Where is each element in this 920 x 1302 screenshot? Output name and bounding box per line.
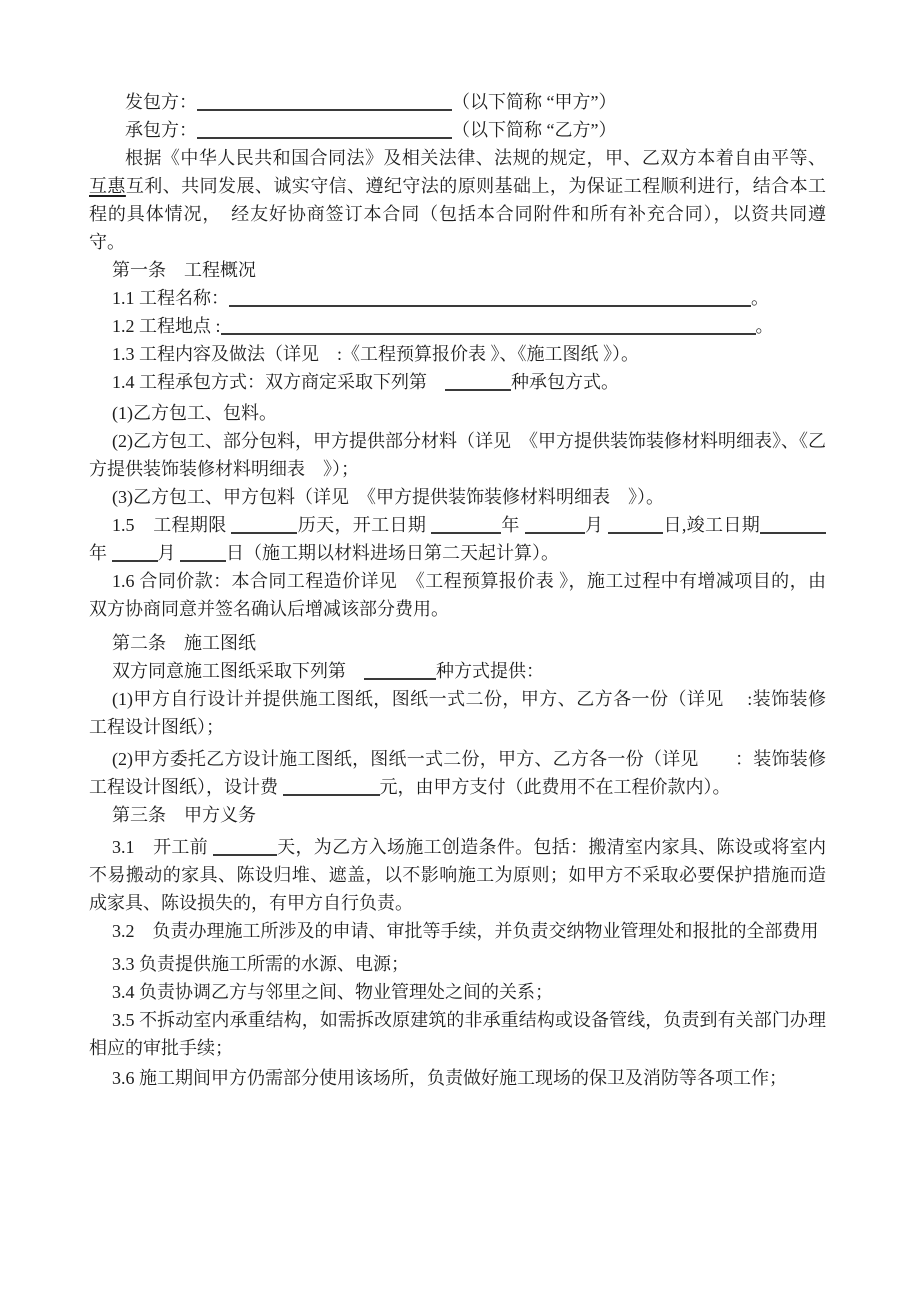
text-run: 3.1 开工前 [112,837,213,857]
paragraph: 3.3 负责提供施工所需的水源、电源； [89,950,826,978]
contract-page: 发包方：（以下简称 “甲方”）承包方：（以下简称 “乙方”）根据《中华人民共和国… [0,0,920,1302]
blank-underline [197,94,452,111]
paragraph: 第三条 甲方义务 [89,801,826,829]
text-run: （以下简称 “甲方”） [452,92,616,112]
text-run: 3.6 施工期间甲方仍需部分使用该场所，负责做好施工现场的保卫及消防等各项工作； [112,1068,787,1088]
paragraph: 双方同意施工图纸采取下列第 种方式提供： [89,657,826,685]
blank-underline [197,122,452,139]
text-run: 1.5 工程期限 [112,515,231,535]
text-run: 1.2 工程地点 : [112,316,221,336]
blank-underline [760,517,826,534]
paragraph: (2)乙方包工、部分包料，甲方提供部分材料（详见 《甲方提供装饰装修材料明细表》… [89,427,826,483]
paragraph: 1.1 工程名称：。 [89,284,826,312]
text-run: 根据《中华人民共和国合同法》及相关法律、法规的规定，甲、乙双方本着自由平等、 [125,148,826,168]
paragraph: 承包方：（以下简称 “乙方”） [89,116,826,144]
paragraph: 1.2 工程地点 :。 [89,312,826,340]
paragraph: 第二条 施工图纸 [89,629,826,657]
blank-underline [180,545,226,562]
paragraph: 1.6 合同价款：本合同工程造价详见 《工程预算报价表 》，施工过程中有增减项目… [89,567,826,623]
text-run: 1.1 工程名称： [112,288,229,308]
text-run: 发包方： [125,92,197,112]
paragraph: 1.4 工程承包方式：双方商定采取下列第 种承包方式。 [89,368,826,396]
paragraph: (1)甲方自行设计并提供施工图纸，图纸一式二份，甲方、乙方各一份（详见 :装饰装… [89,685,826,741]
paragraph: 发包方：（以下简称 “甲方”） [89,88,826,116]
text-run: 承包方： [125,120,197,140]
text-run: 。 [756,316,774,336]
blank-underline [283,779,380,796]
contract-body: 发包方：（以下简称 “甲方”）承包方：（以下简称 “乙方”）根据《中华人民共和国… [89,88,826,1092]
text-run: 日,竣工日期 [663,515,760,535]
text-run: 种方式提供： [436,661,544,681]
text-run: (2)乙方包工、部分包料，甲方提供部分材料（详见 《甲方提供装饰装修材料明细表》… [89,431,826,479]
text-run: 历天，开工日期 [297,515,431,535]
paragraph: (2)甲方委托乙方设计施工图纸，图纸一式二份，甲方、乙方各一份（详见 ：装饰装修… [89,745,826,801]
text-run: 1.6 合同价款：本合同工程造价详见 《工程预算报价表 》，施工过程中有增减项目… [89,571,826,619]
text-run: (3)乙方包工、甲方包料（详见 《甲方提供装饰装修材料明细表 》）。 [112,487,664,507]
blank-underline [213,839,277,856]
text-run: 双方同意施工图纸采取下列第 [112,661,364,681]
text-run: 1.3 工程内容及做法（详见 :《工程预算报价表 》、《施工图纸 》）。 [112,344,639,364]
text-run: 1.4 工程承包方式：双方商定采取下列第 [112,372,445,392]
text-run: 3.5 不拆动室内承重结构，如需拆改原建筑的非承重结构或设备管线，负责到有关部门… [89,1010,826,1058]
blank-underline [229,290,751,307]
paragraph: (3)乙方包工、甲方包料（详见 《甲方提供装饰装修材料明细表 》）。 [89,483,826,511]
text-run: 互利、共同发展、诚实守信、遵纪守法的原则基础上，为保证工程顺利进行，结合本工程的… [89,176,826,252]
text-run: 年 [501,515,525,535]
text-run: 月 [585,515,609,535]
blank-underline [431,517,501,534]
text-run: 种承包方式。 [511,372,619,392]
text-run: 日（施工期以材料进场日第二天起计算）。 [226,543,559,563]
blank-underline [364,663,436,680]
paragraph: (1)乙方包工、包料。 [89,399,826,427]
paragraph: 3.1 开工前 天，为乙方入场施工创造条件。包括：搬清室内家具、陈设或将室内不易… [89,833,826,917]
blank-underline [231,517,297,534]
text-run: 3.4 负责协调乙方与邻里之间、物业管理处之间的关系； [112,982,553,1002]
text-run: 元，由甲方支付（此费用不在工程价款内）。 [380,777,731,797]
text-run: 第一条 工程概况 [112,260,256,280]
paragraph: 3.4 负责协调乙方与邻里之间、物业管理处之间的关系； [89,978,826,1006]
text-run: (1)乙方包工、包料。 [112,403,277,423]
text-run: 互惠 [89,176,126,196]
paragraph: 第一条 工程概况 [89,256,826,284]
text-run: 月 [158,543,181,563]
text-run: 。 [751,288,769,308]
blank-underline [112,545,158,562]
text-run: 第三条 甲方义务 [112,805,256,825]
text-run: （以下简称 “乙方”） [452,120,616,140]
paragraph: 1.5 工程期限 历天，开工日期 年 月 日,竣工日期年 月 日（施工期以材料进… [89,511,826,567]
blank-underline [221,318,756,335]
blank-underline [445,374,511,391]
blank-underline [525,517,585,534]
paragraph: 3.2 负责办理施工所涉及的申请、审批等手续，并负责交纳物业管理处和报批的全部费… [89,917,826,945]
text-run: 第二条 施工图纸 [112,633,256,653]
text-run: 3.3 负责提供施工所需的水源、电源； [112,954,409,974]
blank-underline [608,517,663,534]
text-run: 年 [89,543,112,563]
paragraph: 根据《中华人民共和国合同法》及相关法律、法规的规定，甲、乙双方本着自由平等、互惠… [89,144,826,256]
paragraph: 3.5 不拆动室内承重结构，如需拆改原建筑的非承重结构或设备管线，负责到有关部门… [89,1006,826,1062]
paragraph: 3.6 施工期间甲方仍需部分使用该场所，负责做好施工现场的保卫及消防等各项工作； [89,1064,826,1092]
text-run: 3.2 负责办理施工所涉及的申请、审批等手续，并负责交纳物业管理处和报批的全部费… [112,921,819,941]
text-run: (1)甲方自行设计并提供施工图纸，图纸一式二份，甲方、乙方各一份（详见 :装饰装… [89,689,826,737]
paragraph: 1.3 工程内容及做法（详见 :《工程预算报价表 》、《施工图纸 》）。 [89,340,826,368]
